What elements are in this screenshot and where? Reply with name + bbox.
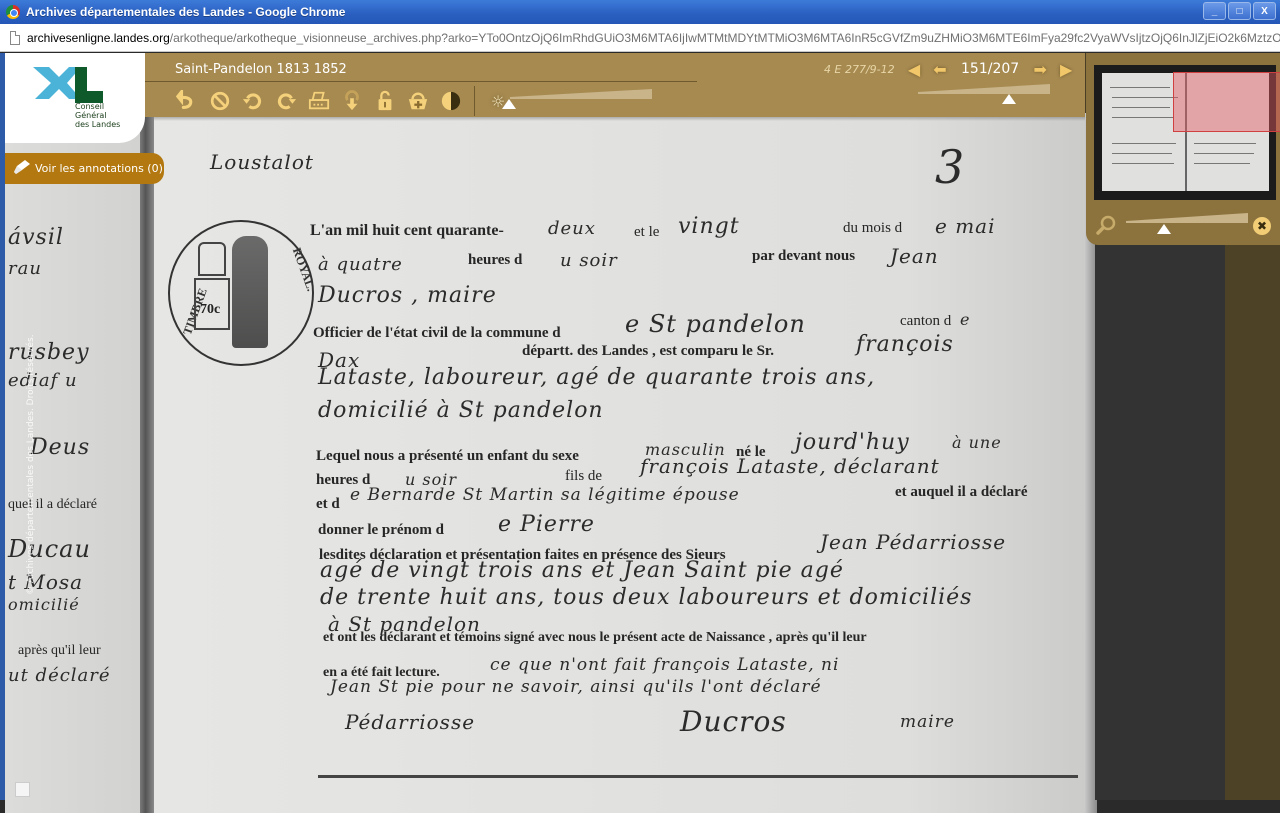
view-annotations-button[interactable]: Voir les annotations (0)	[5, 153, 164, 184]
left-fragment: après qu'il leur	[18, 643, 101, 659]
logo-line-1: Conseil	[75, 102, 120, 111]
viewer-toolbar: Saint-Pandelon 1813 1852 ☼	[145, 53, 1085, 117]
handwritten-text: jourd'huy	[795, 430, 910, 455]
minimap-text-line	[1112, 117, 1174, 118]
toolbar-separator	[474, 86, 475, 116]
print-icon[interactable]	[307, 89, 331, 113]
page-slider-thumb[interactable]	[1002, 94, 1016, 104]
minimap-text-line	[1112, 163, 1174, 164]
url-path[interactable]: /arkotheque/arkotheque_visionneuse_archi…	[170, 31, 1280, 45]
printed-text: Lequel nous a présenté un enfant du sexe	[316, 448, 579, 465]
close-window-button[interactable]: X	[1253, 2, 1276, 20]
book-gutter	[140, 113, 154, 800]
logo-text: Conseil Général des Landes	[75, 102, 120, 129]
left-fragment: Ducau	[8, 535, 91, 563]
previous-page-icon[interactable]: ⬅	[929, 59, 951, 79]
window-controls: _ □ X	[1203, 2, 1276, 20]
stamp-price: 70c	[200, 302, 220, 318]
handwritten-text: à quatre	[318, 254, 403, 275]
brightness-slider-track[interactable]	[510, 89, 652, 99]
book-cover	[1095, 243, 1225, 800]
address-bar[interactable]: archivesenligne.landes.org /arkotheque/a…	[0, 24, 1280, 52]
printed-text: départt. des Landes , est comparu le Sr.	[522, 343, 774, 360]
handwritten-text: e	[960, 310, 970, 329]
minimize-button[interactable]: _	[1203, 2, 1226, 20]
minimap-text-line	[1194, 153, 1254, 154]
printed-text: donner le prénom d	[318, 522, 444, 539]
viewer-background	[1225, 243, 1280, 800]
handwritten-text: vingt	[678, 214, 740, 239]
printed-text: et ont les déclarant et témoins signé av…	[323, 630, 867, 646]
printed-text: et d	[316, 496, 340, 513]
handwritten-text: u soir	[560, 250, 618, 271]
minimap-panel: ✖	[1086, 53, 1280, 245]
logo-line-3: des Landes	[75, 120, 120, 129]
view-annotations-label: Voir les annotations (0)	[35, 162, 163, 175]
handwritten-text: e St pandelon	[625, 310, 806, 338]
handwritten-text: de trente huit ans, tous deux laboureurs…	[320, 585, 972, 610]
page-icon	[10, 31, 20, 45]
handwritten-text: e mai	[935, 214, 995, 238]
printed-text: canton d	[900, 313, 951, 330]
chrome-logo-icon	[6, 5, 20, 19]
archive-reference: 4 E 277/9-12	[824, 63, 895, 76]
minimap-text-line	[1194, 163, 1250, 164]
minimap-text-line	[1112, 107, 1170, 108]
printed-text: Officier de l'état civil de la commune d	[313, 325, 561, 342]
handwritten-text: Jean Pédarriosse	[820, 530, 1006, 554]
page-thumbnail-icon[interactable]	[15, 782, 30, 797]
minimap-thumbnail[interactable]	[1094, 65, 1276, 200]
stamp-tablet	[198, 242, 226, 276]
zoom-slider[interactable]	[1126, 213, 1248, 225]
royal-stamp: TIMBRE ROYAL. 70c	[168, 220, 314, 366]
last-page-icon[interactable]: ▶	[1055, 59, 1077, 79]
unlock-icon[interactable]	[373, 89, 397, 113]
margin-name: Loustalot	[210, 150, 314, 174]
reset-icon[interactable]	[175, 89, 199, 113]
printed-text: L'an mil huit cent quarante-	[310, 222, 504, 240]
handwritten-text: françois Lataste, déclarant	[640, 454, 940, 478]
left-fragment: t Mosa	[8, 570, 83, 594]
toolbar-divider	[145, 81, 697, 82]
watermark-text: © Archives départementales des Landes. D…	[26, 334, 36, 595]
handwritten-text: à une	[952, 433, 1002, 452]
logo-line-2: Général	[75, 111, 120, 120]
minimap-text-line	[1112, 153, 1172, 154]
minimap-text-line	[1194, 143, 1256, 144]
rotate-left-icon[interactable]	[241, 89, 265, 113]
logo-panel[interactable]: Conseil Général des Landes	[5, 53, 145, 143]
page-counter[interactable]: 151/207	[961, 61, 1019, 77]
folio-mark: 3	[935, 140, 965, 194]
cg-landes-logo-icon	[33, 65, 113, 103]
handwritten-text: ce que n'ont fait françois Lataste, ni	[490, 655, 839, 675]
handwritten-text: Lataste, laboureur, agé de quarante troi…	[318, 365, 875, 390]
printed-text: et le	[634, 224, 659, 241]
handwritten-text: françois	[856, 332, 954, 357]
printed-text: heures d	[468, 252, 522, 269]
page-slider[interactable]	[918, 84, 1050, 106]
minimap-text-line	[1112, 97, 1178, 98]
brightness-slider[interactable]	[510, 89, 660, 109]
left-fragment: ávsil	[8, 225, 64, 250]
close-icon[interactable]: ✖	[1253, 217, 1271, 235]
left-fragment: rau	[8, 258, 42, 279]
printed-text: fils de	[565, 468, 602, 485]
left-fragment: ediaf u	[8, 370, 78, 391]
pencil-icon	[13, 160, 31, 174]
stamp-figure	[232, 236, 268, 348]
page-navigation: ◀ ⬅ 151/207 ➡ ▶	[903, 59, 1077, 79]
left-fragment: ut déclaré	[8, 665, 111, 686]
first-page-icon[interactable]: ◀	[903, 59, 925, 79]
page-slider-track[interactable]	[918, 84, 1050, 94]
handwritten-text: domicilié à St pandelon	[318, 398, 604, 423]
handwritten-text: e Bernarde St Martin sa légitime épouse	[350, 485, 740, 505]
handwritten-text: Ducros , maire	[318, 283, 497, 308]
magnifier-icon	[1096, 215, 1116, 235]
printed-text: et auquel il a déclaré	[895, 484, 1027, 501]
url-host[interactable]: archivesenligne.landes.org	[27, 31, 170, 45]
add-basket-icon[interactable]	[406, 89, 430, 113]
download-icon[interactable]	[340, 89, 364, 113]
window-title: Archives départementales des Landes - Go…	[26, 5, 345, 19]
handwritten-text: deux	[548, 218, 596, 239]
next-page-icon[interactable]: ➡	[1029, 59, 1051, 79]
zoom-slider-thumb[interactable]	[1157, 224, 1171, 234]
mayor-signature: Ducros	[680, 705, 787, 738]
copyright-watermark: © Archives départementales des Landes. D…	[24, 335, 36, 595]
handwritten-text: e Pierre	[498, 512, 595, 537]
section-rule	[318, 775, 1078, 778]
left-fragment: rusbey	[8, 340, 90, 365]
window-titlebar: Archives départementales des Landes - Go…	[0, 0, 1280, 24]
zoom-slider-track[interactable]	[1126, 213, 1248, 223]
minimap-viewport[interactable]	[1173, 72, 1280, 132]
minimap-text-line	[1112, 143, 1176, 144]
mayor-title: maire	[900, 712, 955, 732]
left-fragment: quel il a déclaré	[8, 497, 97, 513]
handwritten-text: agé de vingt trois ans et Jean Saint pie…	[320, 558, 844, 583]
cancel-icon[interactable]	[208, 89, 232, 113]
maximize-button[interactable]: □	[1228, 2, 1251, 20]
brightness-slider-thumb[interactable]	[502, 99, 516, 109]
witness-signature: Pédarriosse	[345, 710, 475, 734]
handwritten-text: Jean St pie pour ne savoir, ainsi qu'ils…	[330, 677, 822, 697]
tool-buttons: ☼	[175, 86, 510, 116]
printed-text: par devant nous	[752, 248, 855, 265]
left-fragment: Deus	[30, 435, 90, 460]
minimap-text-line	[1110, 87, 1170, 88]
left-fragment: omicilié	[8, 595, 80, 614]
rotate-right-icon[interactable]	[274, 89, 298, 113]
printed-text: du mois d	[843, 220, 902, 237]
contrast-icon[interactable]	[439, 89, 463, 113]
handwritten-text: Jean	[890, 244, 939, 268]
document-title: Saint-Pandelon 1813 1852	[175, 62, 347, 77]
